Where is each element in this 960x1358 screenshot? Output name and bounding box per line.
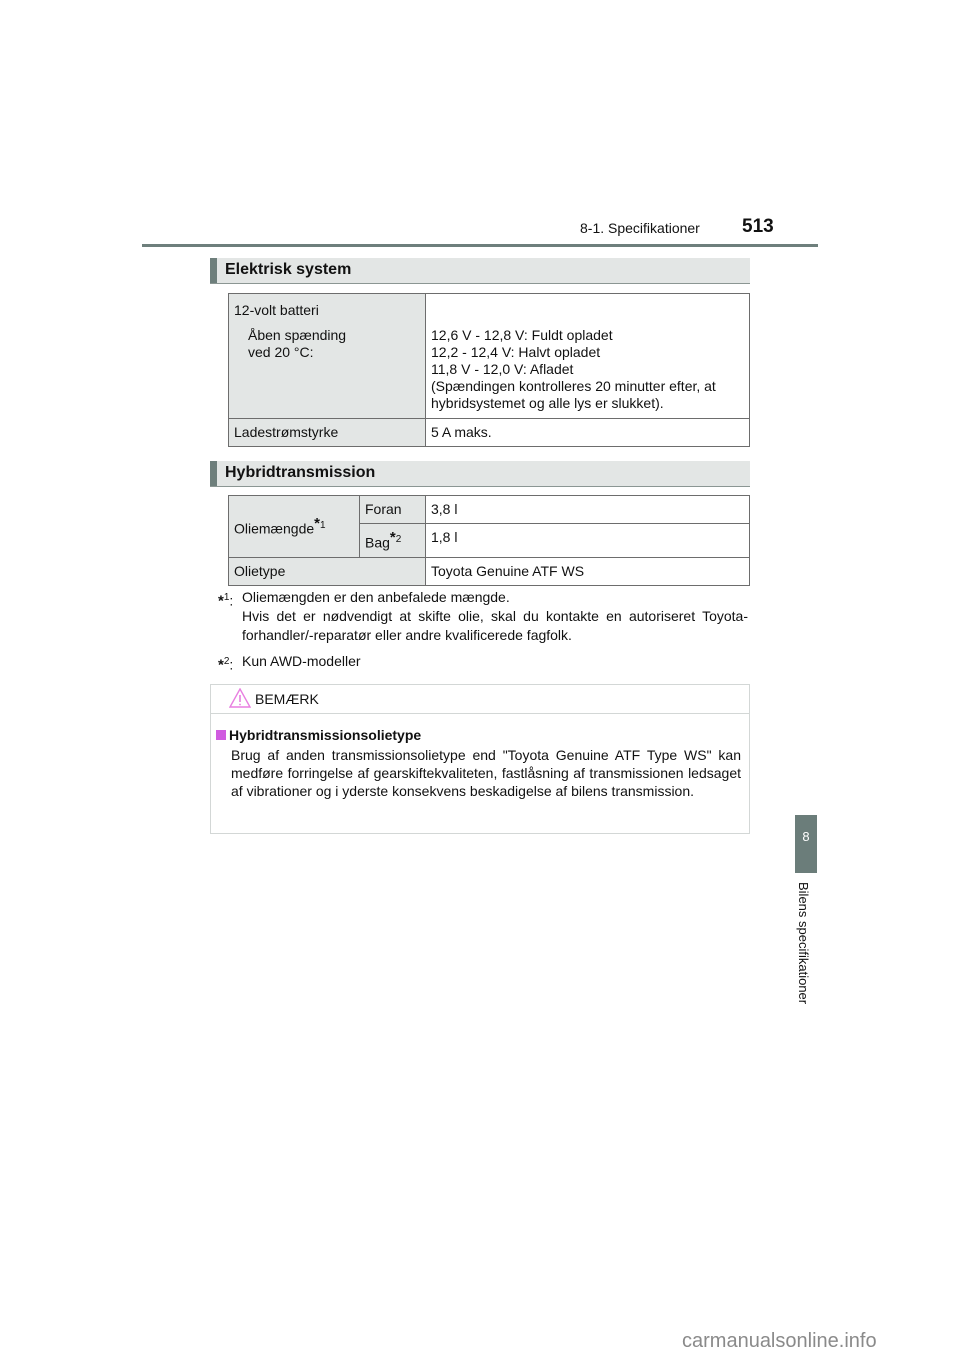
electrical-table: 12-volt batteri Åben spænding ved 20 °C:… [228, 293, 750, 447]
charge-current-label: Ladestrømstyrke [229, 419, 426, 447]
footnote-ref[interactable]: 2 [396, 534, 402, 545]
table-row: 12-volt batteri Åben spænding ved 20 °C:… [229, 294, 750, 419]
footnote-text: Kun AWD-modeller [242, 652, 748, 671]
table-row: Oliemængde*1 Foran 3,8 l [229, 496, 750, 524]
front-value: 3,8 l [426, 496, 750, 524]
notice-box: BEMÆRK Hybridtransmissionsolietype Brug … [210, 684, 750, 834]
transmission-table: Oliemængde*1 Foran 3,8 l Bag*2 1,8 l Oli… [228, 495, 750, 586]
footnote-ref[interactable]: 1 [320, 520, 326, 531]
rear-label-cell: Bag*2 [360, 524, 426, 558]
table-row: Ladestrømstyrke 5 A maks. [229, 419, 750, 447]
watermark[interactable]: carmanualsonline.info [682, 1330, 877, 1353]
notice-subtitle: Hybridtransmissionsolietype [216, 727, 421, 743]
footnote-text: Hvis det er nødvendigt at skifte olie, s… [242, 607, 748, 645]
section-title-transmission: Hybridtransmission [210, 461, 750, 487]
section-title-text: Hybridtransmission [225, 464, 375, 482]
section-title-text: Elektrisk system [225, 261, 351, 279]
voltage-note-1: (Spændingen kontrolleres 20 minutter eft… [431, 378, 744, 395]
battery-label: 12-volt batteri [234, 302, 420, 319]
charge-current-value: 5 A maks. [426, 419, 750, 447]
chapter-title: Bilens specifikationer [796, 882, 811, 1004]
front-label: Foran [360, 496, 426, 524]
rear-value: 1,8 l [426, 524, 750, 558]
oil-amount-label: Oliemængde [234, 521, 314, 537]
section-marker [210, 258, 217, 283]
open-voltage-temp: ved 20 °C: [248, 344, 420, 361]
table-row: Olietype Toyota Genuine ATF WS [229, 557, 750, 585]
warning-triangle-icon [229, 688, 251, 708]
footnote-2: *2: Kun AWD-modeller [218, 652, 748, 671]
notice-header: BEMÆRK [211, 685, 749, 714]
notice-text: Brug af anden transmissionsolietype end … [231, 746, 741, 800]
chapter-tab[interactable]: 8 [795, 815, 817, 873]
page-number: 513 [742, 216, 774, 238]
oil-amount-label-cell: Oliemængde*1 [229, 496, 360, 558]
voltage-full: 12,6 V - 12,8 V: Fuldt opladet [431, 327, 744, 344]
section-marker [210, 461, 217, 486]
footnote-text: Oliemængden er den anbefalede mængde. [242, 588, 748, 607]
chapter-label: Bilens specifikationer [784, 882, 824, 1022]
notice-title: BEMÆRK [255, 691, 319, 707]
section-title-electrical: Elektrisk system [210, 258, 750, 284]
voltage-note-2: hybridsystemet og alle lys er slukket). [431, 395, 744, 412]
oil-type-value: Toyota Genuine ATF WS [426, 557, 750, 585]
footnote-mark: *1: [218, 588, 233, 611]
header-rule [142, 244, 818, 247]
footnote-1: *1: Oliemængden er den anbefalede mængde… [218, 588, 748, 645]
voltage-empty: 11,8 V - 12,0 V: Afladet [431, 361, 744, 378]
rear-label: Bag [365, 535, 390, 551]
voltage-half: 12,2 - 12,4 V: Halvt opladet [431, 344, 744, 361]
oil-type-label: Olietype [229, 557, 426, 585]
battery-label-cell: 12-volt batteri Åben spænding ved 20 °C: [229, 294, 426, 419]
square-bullet-icon [216, 730, 226, 740]
footnote-mark: *2: [218, 652, 233, 675]
running-header-section: 8-1. Specifikationer [580, 220, 700, 236]
voltage-values-cell: 12,6 V - 12,8 V: Fuldt opladet 12,2 - 12… [426, 294, 750, 419]
open-voltage-label: Åben spænding [248, 327, 420, 344]
